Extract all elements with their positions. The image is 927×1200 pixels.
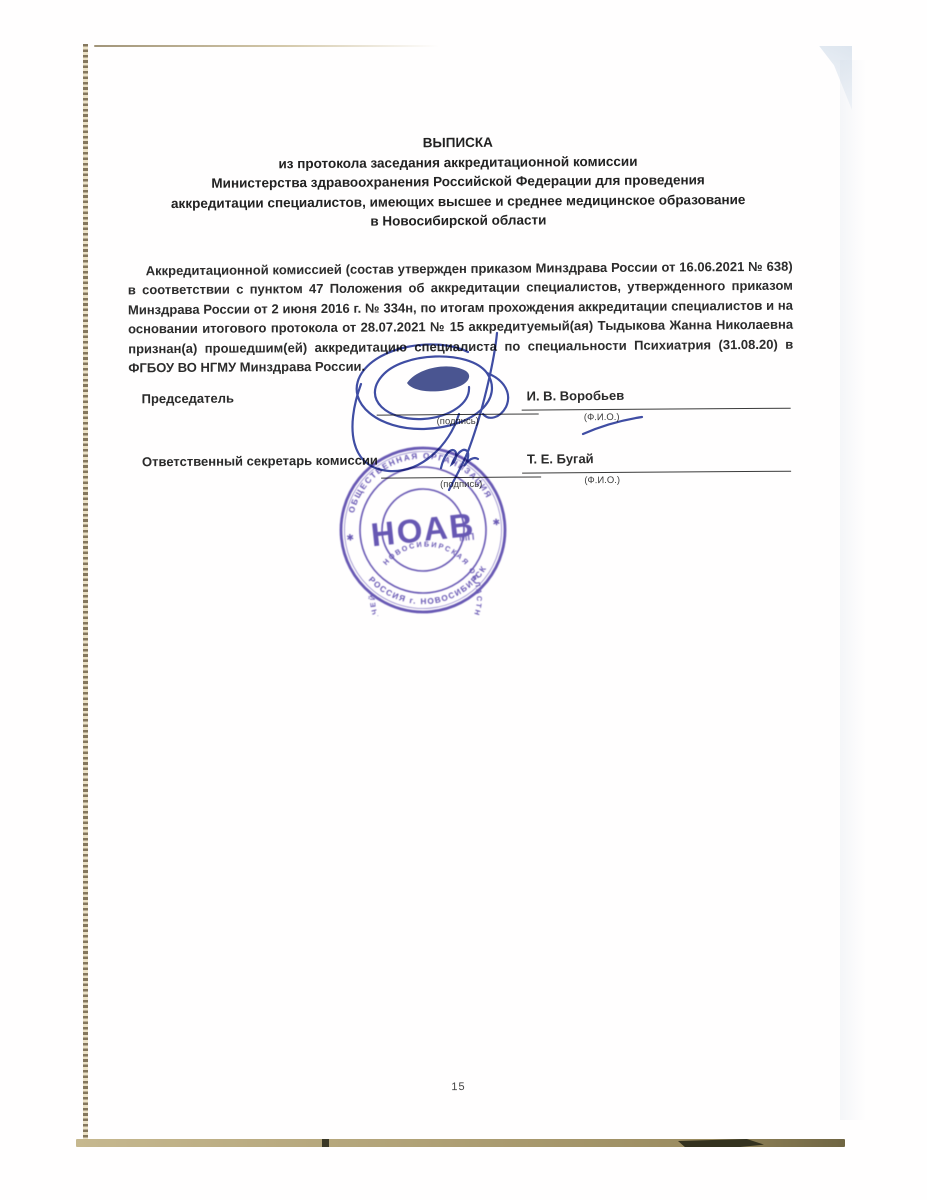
bottom-edge-strip <box>76 1139 845 1147</box>
bottom-edge-dark-blob <box>678 1139 764 1147</box>
name-line <box>522 408 791 411</box>
fio-caption: (Ф.И.О.) <box>522 474 682 486</box>
fio-caption: (Ф.И.О.) <box>522 411 682 423</box>
role-label-secretary: Ответственный секретарь комиссии <box>142 453 378 470</box>
role-label-chairman: Председатель <box>142 391 234 407</box>
signature-caption: (подпись) <box>381 478 541 490</box>
page-number: 15 <box>451 1081 465 1093</box>
secretary-name: Т. Е. Бугай <box>527 451 594 466</box>
body-paragraph: Аккредитационной комиссией (состав утвер… <box>128 257 794 378</box>
signature-caption: (подпись) <box>377 415 539 427</box>
chairman-name: И. В. Воробьев <box>527 388 625 404</box>
bottom-edge-mark <box>322 1139 329 1147</box>
scanned-document-page: ВЫПИСКА из протокола заседания аккредита… <box>0 0 927 1200</box>
document-title: ВЫПИСКА из протокола заседания аккредита… <box>127 131 790 233</box>
document-content: ВЫПИСКА из протокола заседания аккредита… <box>0 0 927 1200</box>
name-line <box>522 471 791 474</box>
